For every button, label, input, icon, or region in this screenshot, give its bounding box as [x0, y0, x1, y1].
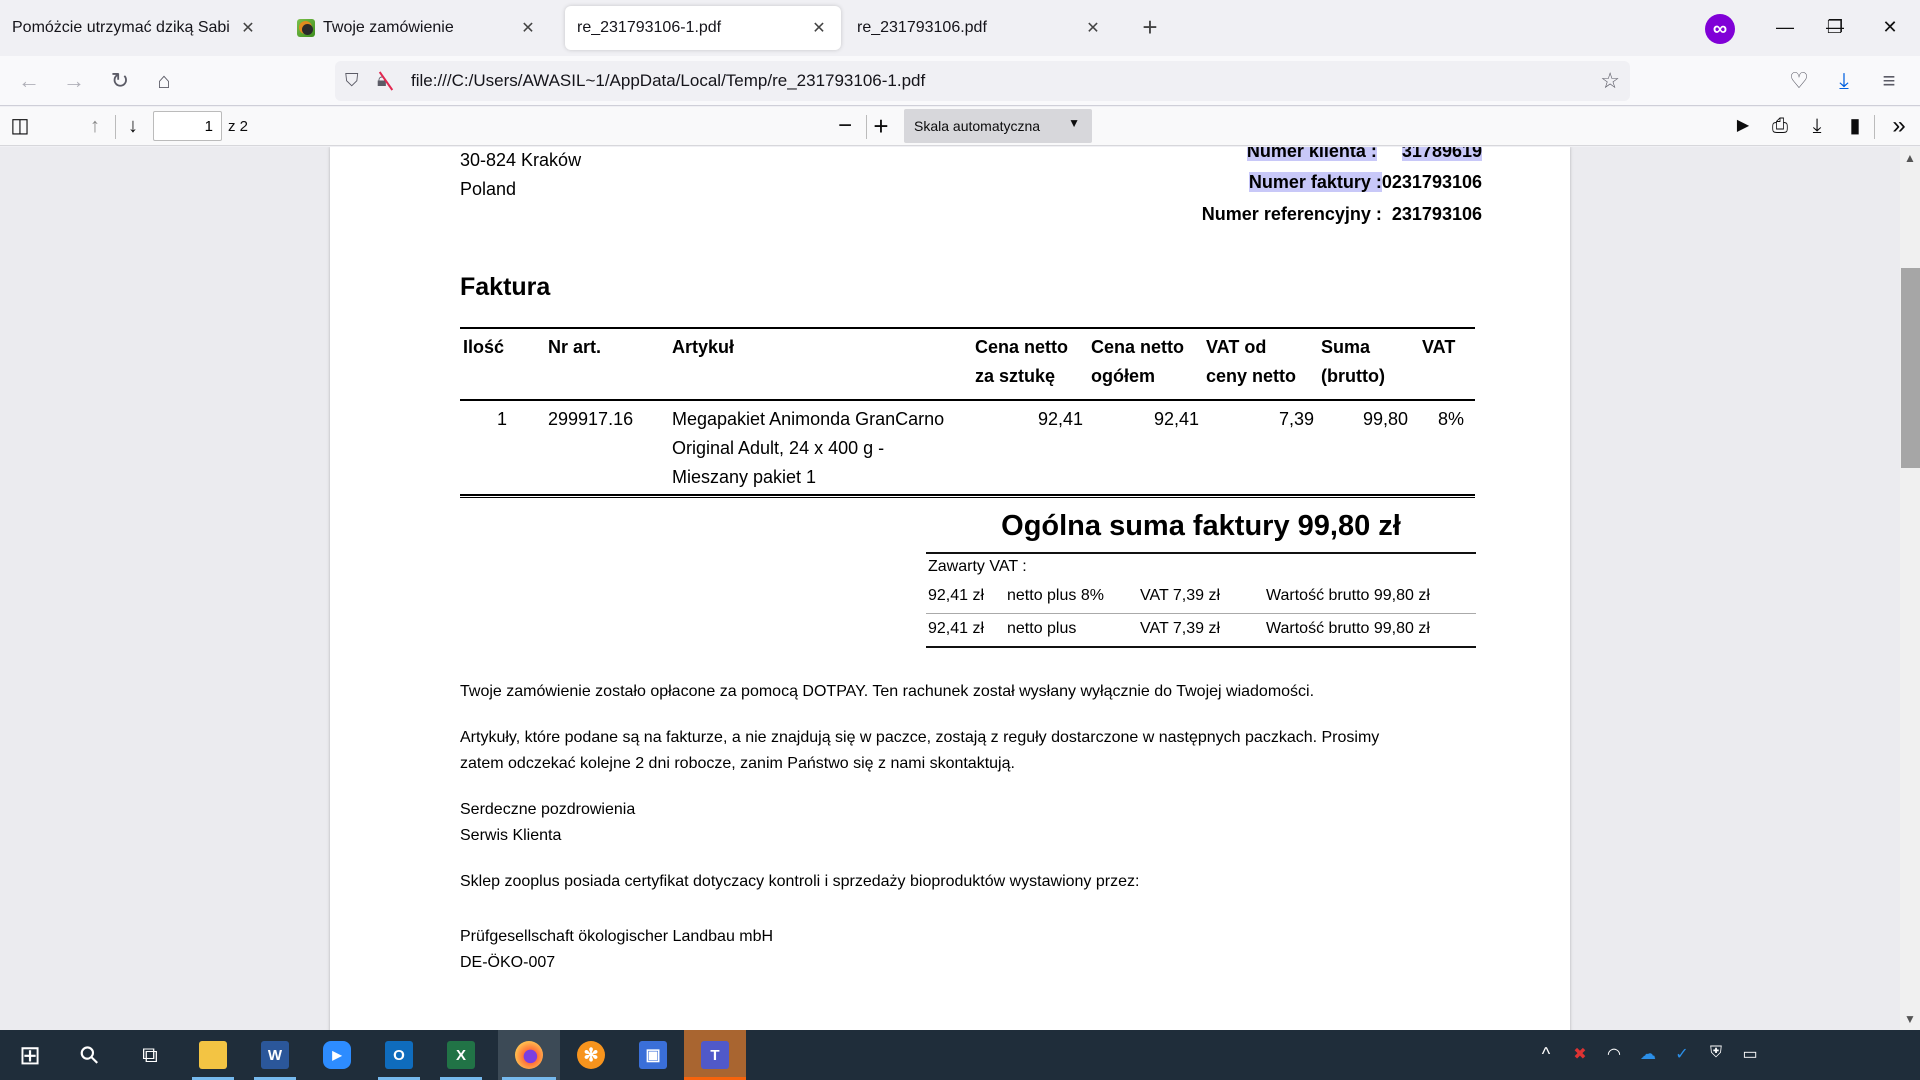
taskbar-app-excel[interactable]: X — [436, 1030, 486, 1080]
taskbar-app-file-explorer[interactable] — [188, 1030, 238, 1080]
firefox-icon: ◉ — [515, 1041, 543, 1069]
scroll-up-arrow-icon[interactable]: ▲ — [1900, 147, 1920, 167]
close-tab-icon[interactable]: ✕ — [238, 18, 258, 38]
back-button[interactable]: ← — [12, 64, 46, 98]
home-button[interactable]: ⌂ — [147, 64, 181, 98]
search-button[interactable]: ⚲ — [65, 1030, 115, 1080]
grand-total: Ogólna suma faktury 99,80 zł — [926, 510, 1476, 543]
asterisk-app-icon: ✻ — [577, 1041, 605, 1069]
zoom-icon: ▶ — [323, 1041, 351, 1069]
toolbar-divider — [115, 115, 116, 139]
payment-note: Twoje zamówienie zostało opłacone za pom… — [460, 679, 1314, 705]
field-label: Numer faktury : — [1249, 172, 1382, 192]
cell-vat-amount: 7,39 — [1206, 405, 1314, 434]
cell-unit-net: 92,41 — [975, 405, 1083, 434]
tab-twoje-zamowienie[interactable]: Twoje zamówienie ✕ — [285, 6, 550, 50]
tools-menu-icon[interactable]: » — [1884, 111, 1914, 141]
vat-rule — [926, 552, 1476, 554]
address-bar[interactable]: ⛉ 🔒︎ file:///C:/Users/AWASIL~1/AppData/L… — [335, 61, 1630, 101]
delivery-note-line: Artykuły, które podane są na fakturze, a… — [460, 725, 1379, 751]
cell-art-no: 299917.16 — [548, 405, 633, 434]
vat-row-vat: VAT 7,39 zł — [1140, 587, 1220, 605]
next-page-icon[interactable]: ↓ — [118, 111, 148, 141]
remote-desktop-icon: ▣ — [639, 1041, 667, 1069]
battery-icon[interactable]: ▭ — [1736, 1044, 1764, 1064]
column-header-art-no: Nr art. — [548, 333, 601, 362]
table-rule — [460, 399, 1475, 401]
field-label: Numer klienta : — [1247, 147, 1377, 161]
invoice-title: Faktura — [460, 273, 550, 302]
scale-select[interactable]: Skala automatyczna ▼ — [904, 109, 1092, 143]
task-view-button[interactable]: ⧉ — [125, 1030, 175, 1080]
field-label: Numer referencyjny : — [1202, 204, 1382, 224]
cell-vat-rate: 8% — [1415, 405, 1464, 434]
invoice-number-field: Numer faktury :0231793106 — [1249, 172, 1482, 193]
address-line: 30-824 Kraków — [460, 150, 581, 171]
reference-number-field: Numer referencyjny : 231793106 — [1202, 204, 1482, 225]
tab-re-231793106-pdf[interactable]: re_231793106.pdf ✕ — [845, 6, 1115, 50]
taskbar-app-outlook[interactable]: O — [374, 1030, 424, 1080]
column-header-total-net: Cena nettoogółem — [1091, 333, 1184, 391]
column-header-gross: Suma(brutto) — [1321, 333, 1385, 391]
reload-button[interactable]: ↻ — [103, 64, 137, 98]
previous-page-icon[interactable]: ↑ — [80, 111, 110, 141]
teams-icon: T — [701, 1041, 729, 1069]
defender-shield-icon[interactable]: ✓ — [1668, 1044, 1696, 1064]
tab-title: re_231793106-1.pdf — [577, 19, 801, 37]
tab-re-231793106-1-pdf[interactable]: re_231793106-1.pdf ✕ — [565, 6, 841, 50]
presentation-mode-icon[interactable]: ▶ — [1728, 111, 1758, 141]
vat-row-net: 92,41 zł — [928, 620, 984, 638]
close-tab-icon[interactable]: ✕ — [1083, 18, 1103, 38]
toggle-sidebar-icon[interactable]: ◫ — [5, 111, 35, 141]
tab-strip: Pomóżcie utrzymać dziką Sabinkę u ✕ Twoj… — [0, 0, 1920, 56]
vat-rule — [926, 613, 1476, 614]
outlook-icon: O — [385, 1041, 413, 1069]
customer-number-field: Numer klienta : 31789619 — [1247, 147, 1482, 162]
search-icon: ⚲ — [74, 1039, 107, 1072]
minimize-button[interactable]: — — [1765, 10, 1805, 44]
cell-item: Megapakiet Animonda GranCarno Original A… — [672, 405, 944, 492]
taskbar-app-helper[interactable]: ✻ — [560, 1030, 622, 1080]
hamburger-menu-icon[interactable]: ≡ — [1872, 64, 1906, 98]
cell-gross: 99,80 — [1315, 405, 1408, 434]
column-header-vat-rate: VAT — [1422, 333, 1455, 362]
table-rule — [460, 494, 1475, 498]
vat-row-vat: VAT 7,39 zł — [1140, 620, 1220, 638]
navigation-toolbar: ← → ↻ ⌂ ⛉ 🔒︎ file:///C:/Users/AWASIL~1/A… — [0, 56, 1920, 106]
tracking-protection-shield-icon[interactable]: ⛉ — [345, 70, 363, 92]
close-tab-icon[interactable]: ✕ — [809, 18, 829, 38]
tab-title: Twoje zamówienie — [323, 19, 510, 37]
pdf-page: 30-824 Kraków Poland Numer klienta : 317… — [330, 147, 1570, 1030]
vat-row-desc: netto plus — [1007, 620, 1076, 638]
new-tab-button[interactable]: + — [1138, 13, 1162, 41]
url-text[interactable]: file:///C:/Users/AWASIL~1/AppData/Local/… — [411, 71, 925, 91]
taskbar-app-word[interactable]: W — [250, 1030, 300, 1080]
excel-icon: X — [447, 1041, 475, 1069]
certificate-note: Sklep zooplus posiada certyfikat dotycza… — [460, 869, 1139, 895]
scrollbar-thumb[interactable] — [1901, 268, 1920, 468]
bookmark-icon[interactable]: ▮ — [1840, 111, 1870, 141]
downloads-icon[interactable]: ⤓ — [1827, 64, 1861, 98]
scroll-down-arrow-icon[interactable]: ▼ — [1900, 1010, 1920, 1030]
save-icon[interactable]: ⤓ — [1802, 111, 1832, 141]
taskbar-app-remote-desktop[interactable]: ▣ — [622, 1030, 684, 1080]
tab-title: Pomóżcie utrzymać dziką Sabinkę u — [12, 19, 230, 37]
vat-summary-label: Zawarty VAT : — [928, 558, 1027, 576]
pdf-viewer[interactable]: 30-824 Kraków Poland Numer klienta : 317… — [0, 147, 1920, 1030]
file-explorer-icon — [199, 1041, 227, 1069]
windows-taskbar: ⊞ ⚲ ⧉ W ▶ O X ◉ ✻ ▣ T ^ ✖ ◠ ☁ ✓ ⛨ — [0, 1030, 1920, 1080]
vat-row-gross: Wartość brutto 99,80 zł — [1266, 620, 1430, 638]
table-rule — [460, 327, 1475, 329]
tab-title: re_231793106.pdf — [857, 19, 1075, 37]
scale-selected-value: Skala automatyczna — [914, 118, 1040, 134]
vat-row-gross: Wartość brutto 99,80 zł — [1266, 587, 1430, 605]
column-header-unit-net: Cena nettoza sztukę — [975, 333, 1068, 391]
tab-sabinka[interactable]: Pomóżcie utrzymać dziką Sabinkę u ✕ — [0, 6, 270, 50]
column-header-qty: Ilość — [463, 333, 504, 362]
address-line: Poland — [460, 179, 516, 200]
wifi-icon[interactable]: ◠ — [1600, 1044, 1628, 1064]
vat-row-net: 92,41 zł — [928, 587, 984, 605]
insecure-lock-icon[interactable]: 🔒︎ — [377, 70, 387, 91]
start-button[interactable]: ⊞ — [5, 1030, 55, 1080]
vertical-scrollbar[interactable]: ▲ ▼ — [1900, 147, 1920, 1030]
bookmark-star-icon[interactable]: ☆ — [1600, 68, 1620, 94]
pocket-icon[interactable]: ♡ — [1782, 64, 1816, 98]
show-hidden-icons-chevron[interactable]: ^ — [1532, 1044, 1560, 1065]
zoom-out-icon[interactable]: − — [830, 111, 860, 141]
network-drive-error-icon[interactable]: ✖ — [1566, 1044, 1594, 1064]
task-view-icon: ⧉ — [142, 1042, 158, 1068]
chevron-down-icon: ▼ — [1068, 116, 1080, 130]
word-icon: W — [261, 1041, 289, 1069]
forward-button[interactable]: → — [57, 64, 91, 98]
close-tab-icon[interactable]: ✕ — [518, 18, 538, 38]
greeting-line: Serdeczne pozdrowienia — [460, 797, 635, 823]
field-value: 0231793106 — [1382, 172, 1482, 192]
close-window-button[interactable]: ✕ — [1870, 10, 1910, 44]
taskbar-app-teams[interactable]: T — [684, 1030, 746, 1080]
certifier-code: DE-ÖKO-007 — [460, 950, 555, 976]
security-center-icon[interactable]: ⛨ — [1702, 1044, 1730, 1062]
page-count-label: z 2 — [228, 118, 248, 135]
private-browsing-icon[interactable]: ∞ — [1705, 14, 1735, 44]
field-value: 231793106 — [1392, 204, 1482, 224]
taskbar-app-zoom[interactable]: ▶ — [312, 1030, 362, 1080]
signature-line: Serwis Klienta — [460, 823, 561, 849]
page-number-input[interactable] — [153, 111, 222, 141]
restore-button[interactable]: ❐ — [1815, 10, 1855, 44]
toolbar-divider — [1874, 115, 1875, 139]
certifier-name: Prüfgesellschaft ökologischer Landbau mb… — [460, 924, 773, 950]
cell-qty: 1 — [460, 405, 507, 434]
onedrive-icon[interactable]: ☁ — [1634, 1044, 1662, 1064]
print-icon[interactable]: ⎙ — [1765, 111, 1795, 141]
vat-rule — [926, 646, 1476, 648]
column-header-vat-amount: VAT odceny netto — [1206, 333, 1296, 391]
cell-total-net: 92,41 — [1091, 405, 1199, 434]
windows-logo-icon: ⊞ — [19, 1040, 41, 1071]
taskbar-app-firefox[interactable]: ◉ — [498, 1030, 560, 1080]
zooplus-favicon-icon — [297, 19, 315, 37]
pdf-toolbar: ◫ ↑ ↓ z 2 − + Skala automatyczna ▼ ▶ ⎙ ⤓… — [0, 107, 1920, 146]
field-value: 31789619 — [1402, 147, 1482, 161]
delivery-note-line: zatem odczekać kolejne 2 dni robocze, za… — [460, 751, 1015, 777]
zoom-in-icon[interactable]: + — [866, 111, 896, 141]
column-header-item: Artykuł — [672, 333, 734, 362]
vat-row-desc: netto plus 8% — [1007, 587, 1104, 605]
